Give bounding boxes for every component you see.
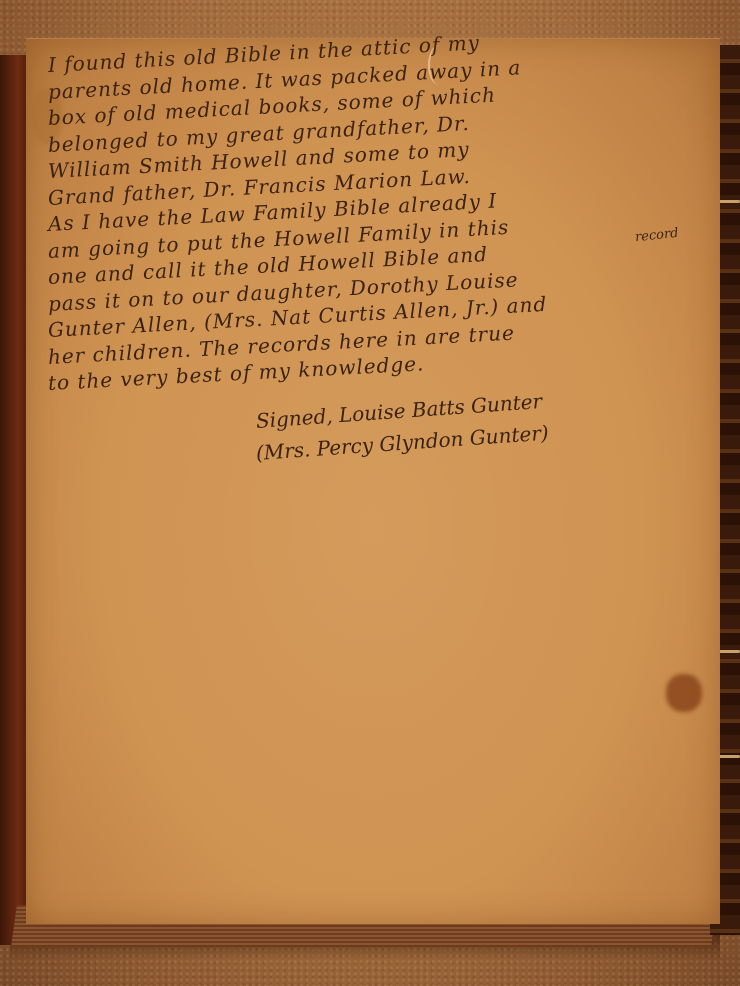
handwritten-note: I found this old Bible in the attic of m… xyxy=(48,52,708,397)
ink-stain xyxy=(666,674,702,712)
signature-block: Signed, Louise Batts Gunter (Mrs. Percy … xyxy=(256,405,549,469)
